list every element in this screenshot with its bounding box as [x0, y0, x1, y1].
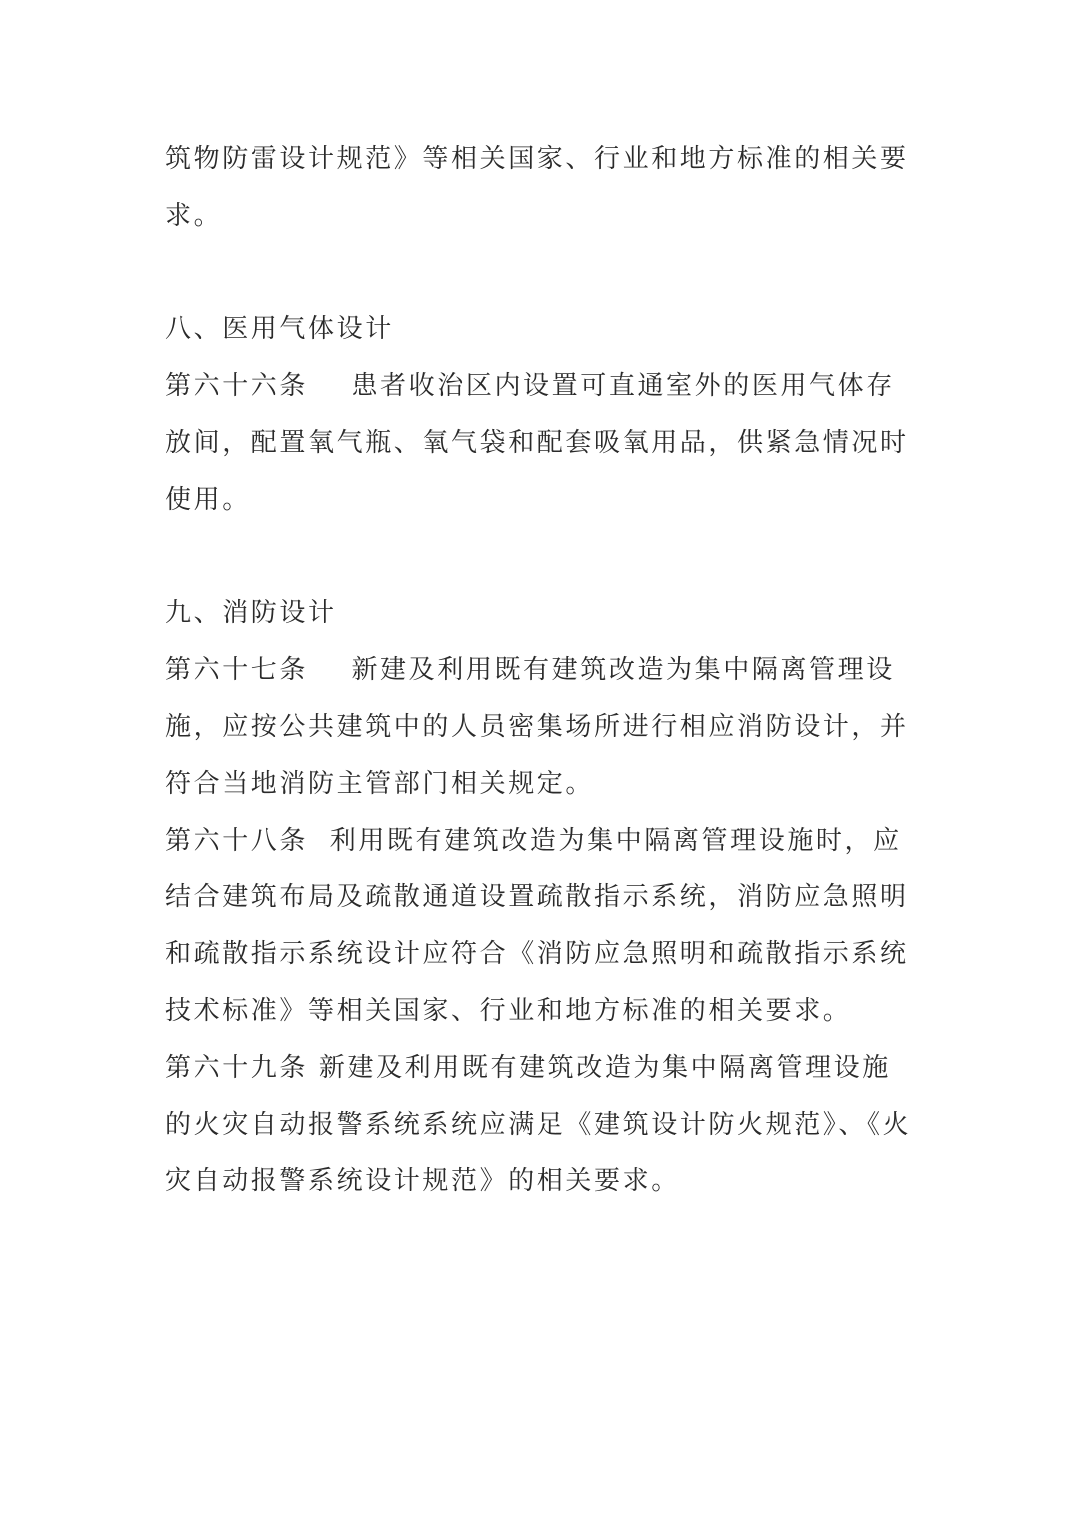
text-line: 第六十七条 新建及利用既有建筑改造为集中隔离管理设 [165, 642, 917, 699]
text-line: 结合建筑布局及疏散通道设置疏散指示系统，消防应急照明 [165, 869, 917, 926]
section-heading-fire-protection: 九、消防设计 [165, 585, 917, 642]
text-line: 的火灾自动报警系统系统应满足《建筑设计防火规范》、《火 [165, 1097, 917, 1154]
article-68: 第六十八条 利用既有建筑改造为集中隔离管理设施时，应 结合建筑布局及疏散通道设置… [165, 813, 917, 1040]
text-line: 和疏散指示系统设计应符合《消防应急照明和疏散指示系统 [165, 926, 917, 983]
text-line: 第六十六条 患者收治区内设置可直通室外的医用气体存 [165, 358, 917, 415]
text-line: 技术标准》等相关国家、行业和地方标准的相关要求。 [165, 983, 917, 1040]
document-page: 筑物防雷设计规范》等相关国家、行业和地方标准的相关要 求。 八、医用气体设计 第… [165, 131, 917, 1210]
text-line: 放间，配置氧气瓶、氧气袋和配套吸氧用品，供紧急情况时 [165, 415, 917, 472]
article-67: 第六十七条 新建及利用既有建筑改造为集中隔离管理设 施，应按公共建筑中的人员密集… [165, 642, 917, 812]
paragraph-lightning-protection-continuation: 筑物防雷设计规范》等相关国家、行业和地方标准的相关要 求。 [165, 131, 917, 245]
spacer [165, 245, 917, 302]
text-line: 第六十八条 利用既有建筑改造为集中隔离管理设施时，应 [165, 813, 917, 870]
article-66: 第六十六条 患者收治区内设置可直通室外的医用气体存 放间，配置氧气瓶、氧气袋和配… [165, 358, 917, 528]
section-heading-medical-gas: 八、医用气体设计 [165, 301, 917, 358]
text-line: 第六十九条 新建及利用既有建筑改造为集中隔离管理设施 [165, 1040, 917, 1097]
text-line: 筑物防雷设计规范》等相关国家、行业和地方标准的相关要 [165, 131, 917, 188]
spacer [165, 529, 917, 586]
text-line: 符合当地消防主管部门相关规定。 [165, 756, 917, 813]
text-line: 使用。 [165, 472, 917, 529]
text-line: 施，应按公共建筑中的人员密集场所进行相应消防设计，并 [165, 699, 917, 756]
text-line: 灾自动报警系统设计规范》的相关要求。 [165, 1153, 917, 1210]
article-69: 第六十九条 新建及利用既有建筑改造为集中隔离管理设施 的火灾自动报警系统系统应满… [165, 1040, 917, 1210]
text-line: 求。 [165, 188, 917, 245]
